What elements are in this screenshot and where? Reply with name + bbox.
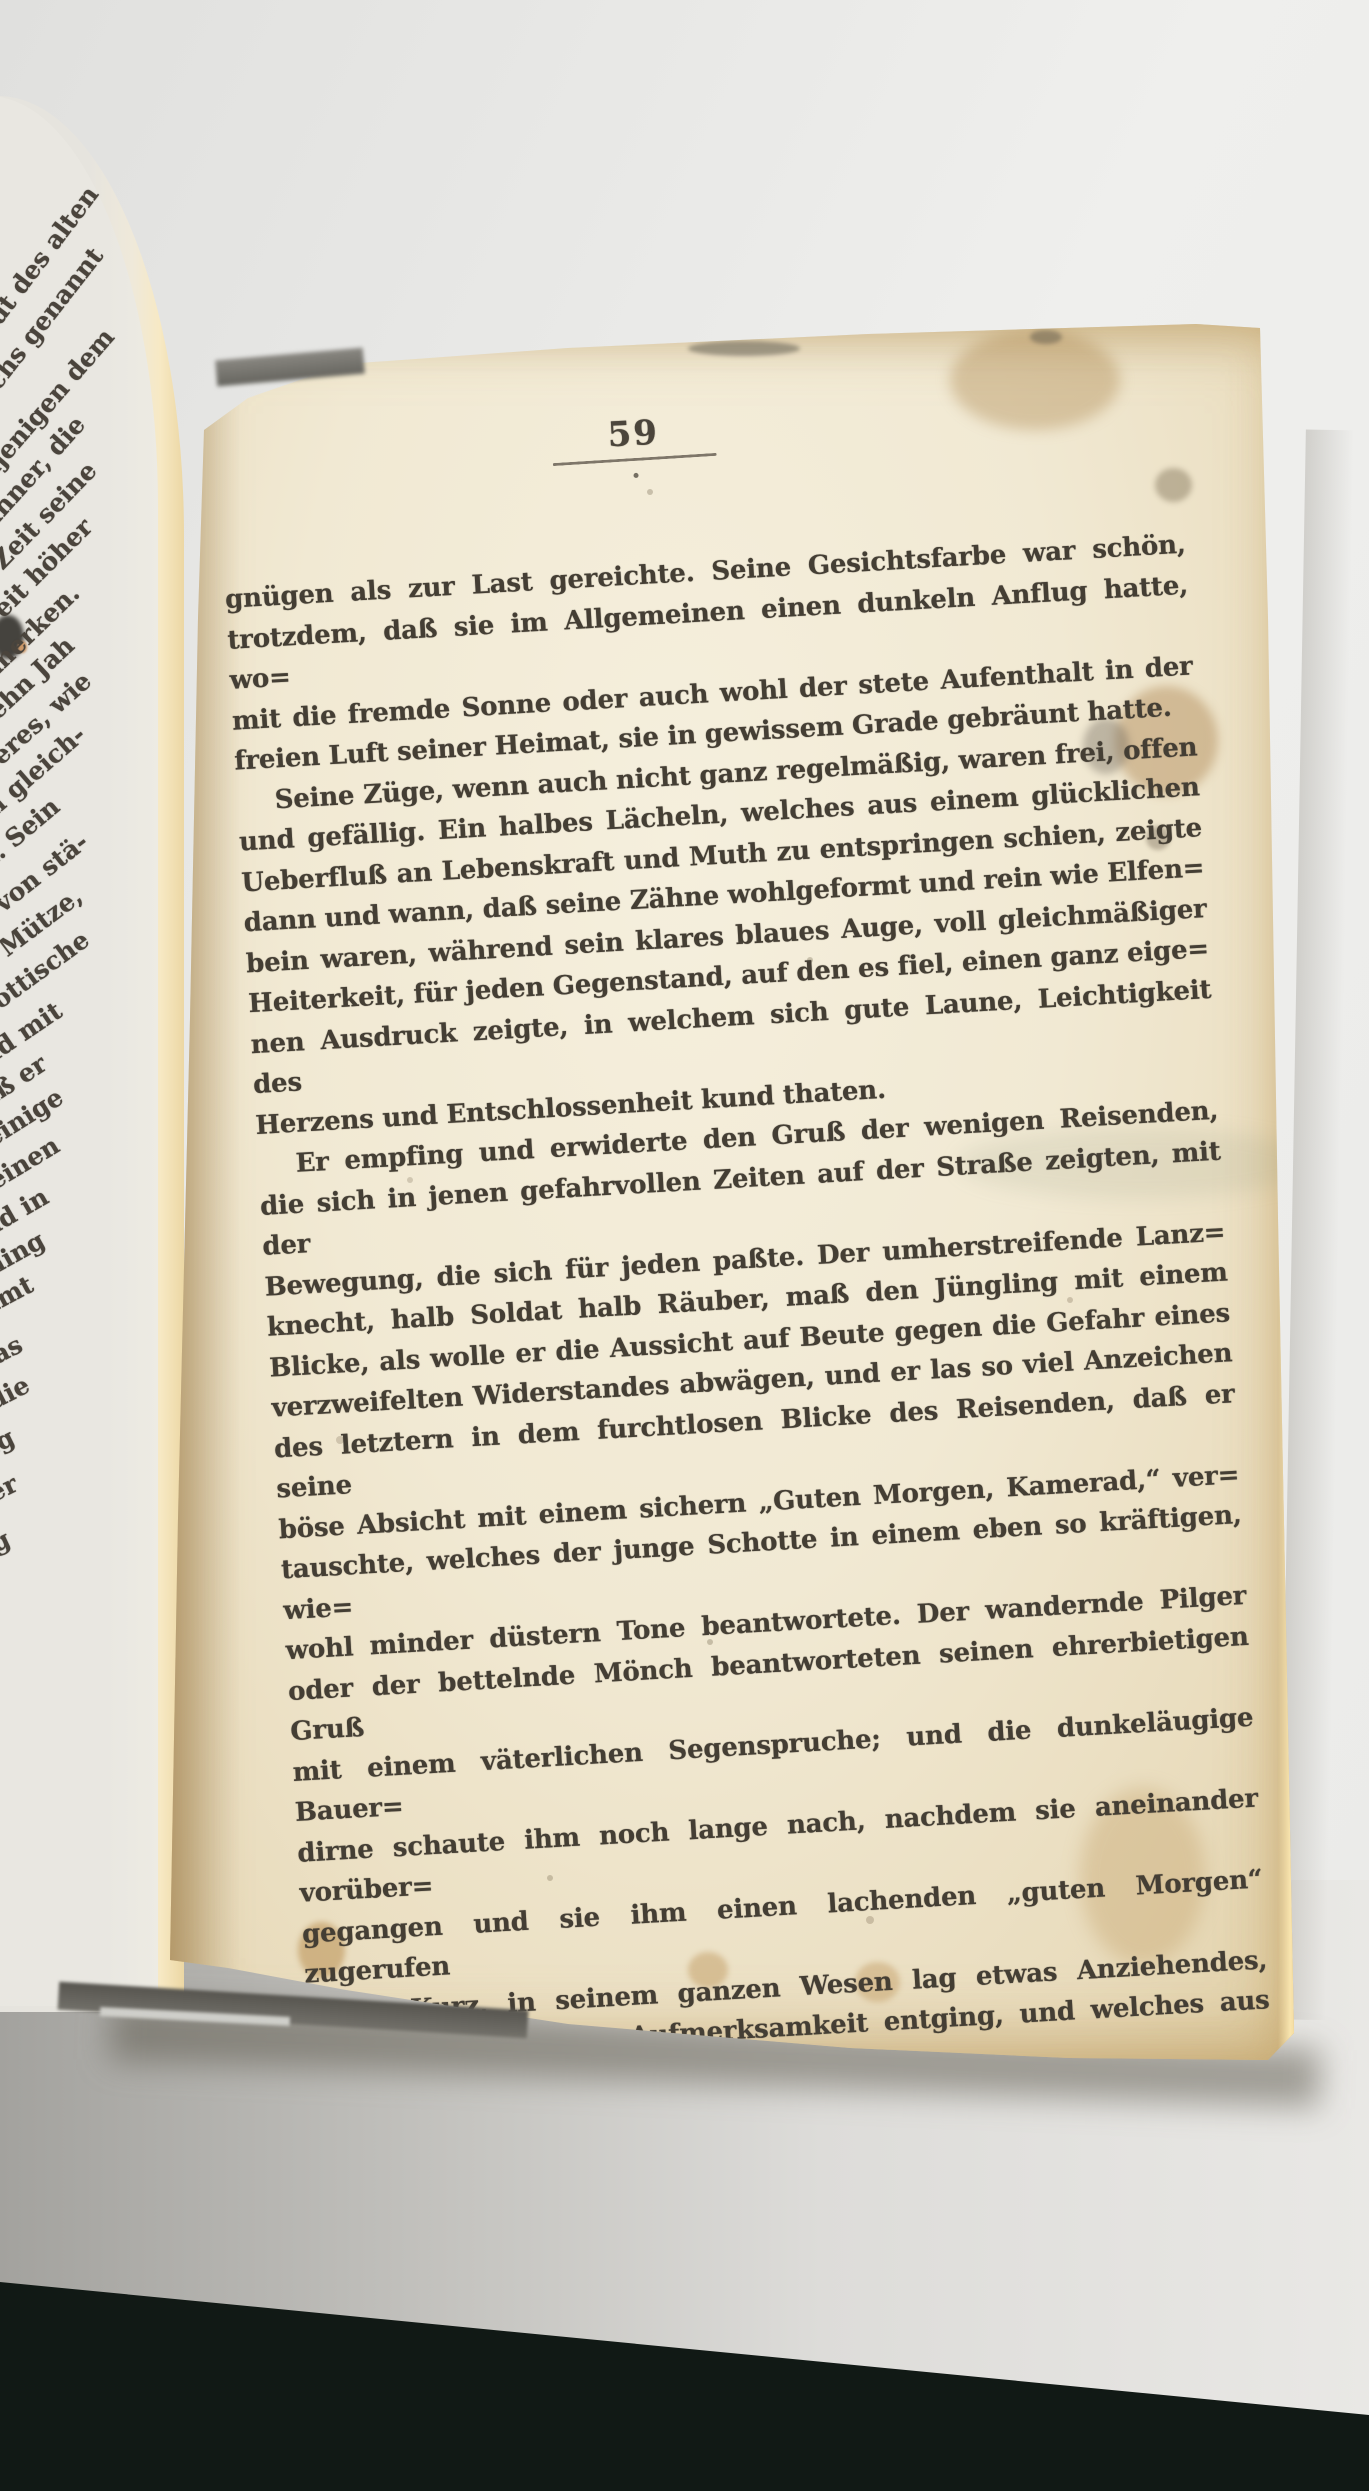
page-cast-shadow [1278, 430, 1369, 2021]
left-page-fragment: das [0, 1330, 27, 1378]
left-page-fragment: ammt [0, 1270, 38, 1333]
left-page-fragment: , die [0, 1370, 34, 1423]
ink-speck [1030, 330, 1062, 344]
left-page: stadt des altenreichs genanntemjenigen d… [0, 96, 184, 2012]
left-page-fragment: ing [0, 1423, 19, 1469]
page-number-dot [633, 473, 638, 478]
foxing-stain [1155, 468, 1192, 502]
page-number: 59 [223, 393, 1044, 476]
left-page-fragment: der [0, 1469, 22, 1515]
book-photo-scene: stadt des altenreichs genanntemjenigen d… [0, 0, 1369, 2491]
left-page-text: stadt des altenreichs genanntemjenigen d… [0, 96, 184, 2012]
page-header: 59 [223, 393, 1045, 500]
left-page-fragment: ug [0, 1524, 14, 1565]
right-page: 59 gnügen als zur Last gereichte. Seine … [168, 318, 1300, 2070]
ink-speck [688, 341, 800, 356]
